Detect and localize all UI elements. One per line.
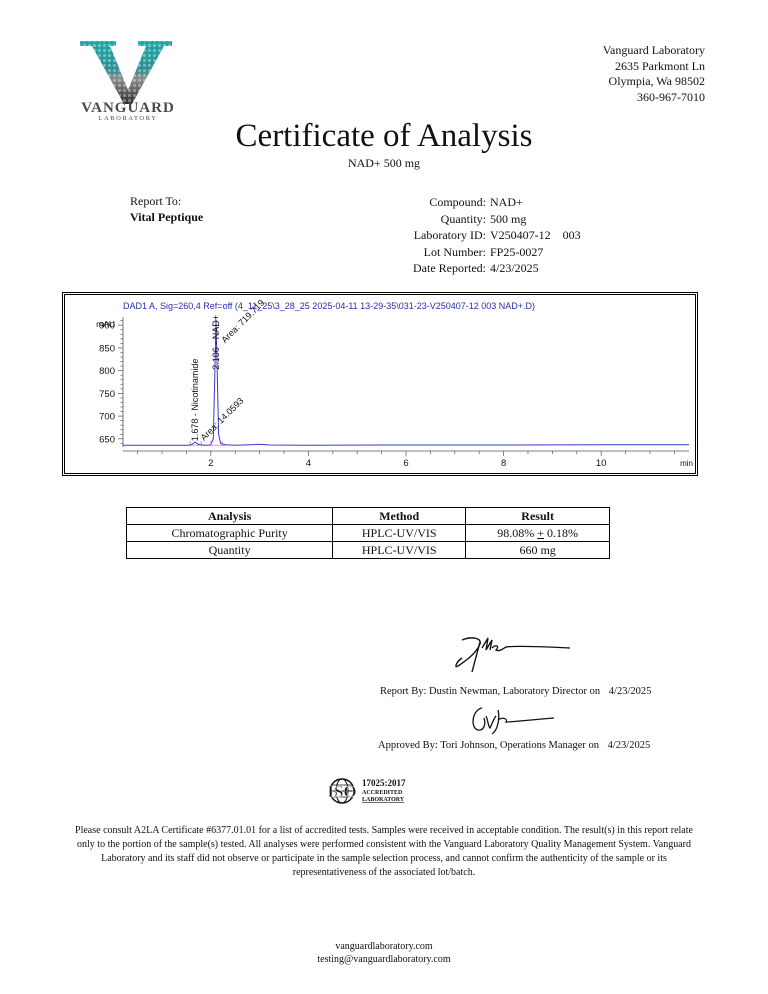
- column-header-result: Result: [466, 508, 610, 525]
- svg-text:4: 4: [306, 458, 311, 469]
- footer-email[interactable]: testing@vanguardlaboratory.com: [0, 953, 768, 966]
- detail-value: NAD+: [490, 194, 630, 211]
- svg-text:ACCREDITED: ACCREDITED: [362, 790, 403, 796]
- column-header-analysis: Analysis: [127, 508, 333, 525]
- svg-text:LABORATORY: LABORATORY: [362, 797, 405, 803]
- lab-address: Vanguard Laboratory 2635 Parkmont Ln Oly…: [603, 43, 705, 105]
- svg-text:800: 800: [99, 366, 115, 377]
- iso-globe-icon: ISO 17025:2017 ACCREDITED LABORATORY: [326, 776, 426, 806]
- svg-text:750: 750: [99, 389, 115, 400]
- approved-by-date: 4/23/2025: [608, 740, 651, 751]
- detail-value: V250407-12 003: [490, 227, 630, 244]
- table-row: Quantity HPLC-UV/VIS 660 mg: [127, 542, 610, 559]
- signature-icon: [468, 704, 558, 736]
- svg-text:2: 2: [208, 458, 213, 469]
- report-by-date: 4/23/2025: [609, 686, 652, 697]
- approved-by-line: Approved By: Tori Johnson, Operations Ma…: [378, 740, 650, 751]
- method-cell: HPLC-UV/VIS: [333, 525, 466, 542]
- signature-dustin-newman: [450, 632, 580, 679]
- detail-row: Date Reported: 4/23/2025: [300, 260, 630, 277]
- svg-text:mAU: mAU: [96, 319, 115, 329]
- result-uncertainty: 0.18%: [544, 526, 578, 540]
- plus-minus-sign: +: [537, 526, 544, 540]
- result-value: 660 mg: [519, 543, 555, 557]
- svg-text:min: min: [680, 459, 693, 468]
- disclaimer-text: Please consult A2LA Certificate #6377.01…: [66, 824, 702, 880]
- sample-details: Compound: NAD+ Quantity: 500 mg Laborato…: [300, 194, 630, 277]
- detail-value: FP25-0027: [490, 244, 630, 261]
- footer-website[interactable]: vanguardlaboratory.com: [0, 940, 768, 953]
- result-cell: 660 mg: [466, 542, 610, 559]
- method-cell: HPLC-UV/VIS: [333, 542, 466, 559]
- svg-text:ISO: ISO: [327, 782, 356, 801]
- detail-row: Quantity: 500 mg: [300, 211, 630, 228]
- detail-label: Laboratory ID:: [300, 227, 490, 244]
- svg-text:2.106 - NAD+: 2.106 - NAD+: [211, 315, 221, 370]
- v-logo-icon: [72, 38, 182, 108]
- result-cell: 98.08% + 0.18%: [466, 525, 610, 542]
- detail-label: Date Reported:: [300, 260, 490, 277]
- detail-label: Quantity:: [300, 211, 490, 228]
- detail-label: Lot Number:: [300, 244, 490, 261]
- document-subtitle: NAD+ 500 mg: [0, 156, 768, 171]
- table-row: Chromatographic Purity HPLC-UV/VIS 98.08…: [127, 525, 610, 542]
- svg-text:17025:2017: 17025:2017: [362, 778, 406, 788]
- svg-text:850: 850: [99, 343, 115, 354]
- column-header-method: Method: [333, 508, 466, 525]
- detail-value: 500 mg: [490, 211, 630, 228]
- svg-text:6: 6: [403, 458, 408, 469]
- svg-text:8: 8: [501, 458, 506, 469]
- detail-row: Laboratory ID: V250407-12 003: [300, 227, 630, 244]
- address-line: 2635 Parkmont Ln: [603, 59, 705, 75]
- svg-text:1.678 - Nicotinamide: 1.678 - Nicotinamide: [190, 359, 200, 442]
- analysis-cell: Quantity: [127, 542, 333, 559]
- iso-accreditation-badge: ISO 17025:2017 ACCREDITED LABORATORY: [326, 776, 426, 806]
- svg-text:650: 650: [99, 434, 115, 445]
- table-header-row: Analysis Method Result: [127, 508, 610, 525]
- report-by-line: Report By: Dustin Newman, Laboratory Dir…: [380, 686, 651, 697]
- svg-text:Area: 14.0593: Area: 14.0593: [198, 396, 245, 443]
- detail-row: Compound: NAD+: [300, 194, 630, 211]
- svg-text:700: 700: [99, 412, 115, 423]
- result-value: 98.08%: [497, 526, 537, 540]
- detail-row: Lot Number: FP25-0027: [300, 244, 630, 261]
- signature-tori-johnson: [468, 704, 558, 741]
- address-line: Vanguard Laboratory: [603, 43, 705, 59]
- report-by-text: Report By: Dustin Newman, Laboratory Dir…: [380, 686, 600, 697]
- approved-by-text: Approved By: Tori Johnson, Operations Ma…: [378, 740, 599, 751]
- signature-icon: [450, 632, 580, 674]
- report-to-label: Report To:: [130, 194, 181, 209]
- results-table: Analysis Method Result Chromatographic P…: [126, 507, 610, 559]
- address-line: Olympia, Wa 98502: [603, 74, 705, 90]
- report-to-name: Vital Peptique: [130, 210, 203, 225]
- footer: vanguardlaboratory.com testing@vanguardl…: [0, 940, 768, 966]
- detail-value: 4/23/2025: [490, 260, 630, 277]
- address-line: 360-967-7010: [603, 90, 705, 106]
- analysis-cell: Chromatographic Purity: [127, 525, 333, 542]
- chromatogram: DAD1 A, Sig=260,4 Ref=off (4_11_25\3_28_…: [62, 292, 698, 476]
- svg-text:DAD1 A, Sig=260,4 Ref=off (4_1: DAD1 A, Sig=260,4 Ref=off (4_11_25\3_28_…: [123, 301, 535, 311]
- svg-text:10: 10: [596, 458, 607, 469]
- chromatogram-plot: DAD1 A, Sig=260,4 Ref=off (4_11_25\3_28_…: [65, 295, 695, 473]
- detail-label: Compound:: [300, 194, 490, 211]
- document-title: Certificate of Analysis: [0, 118, 768, 155]
